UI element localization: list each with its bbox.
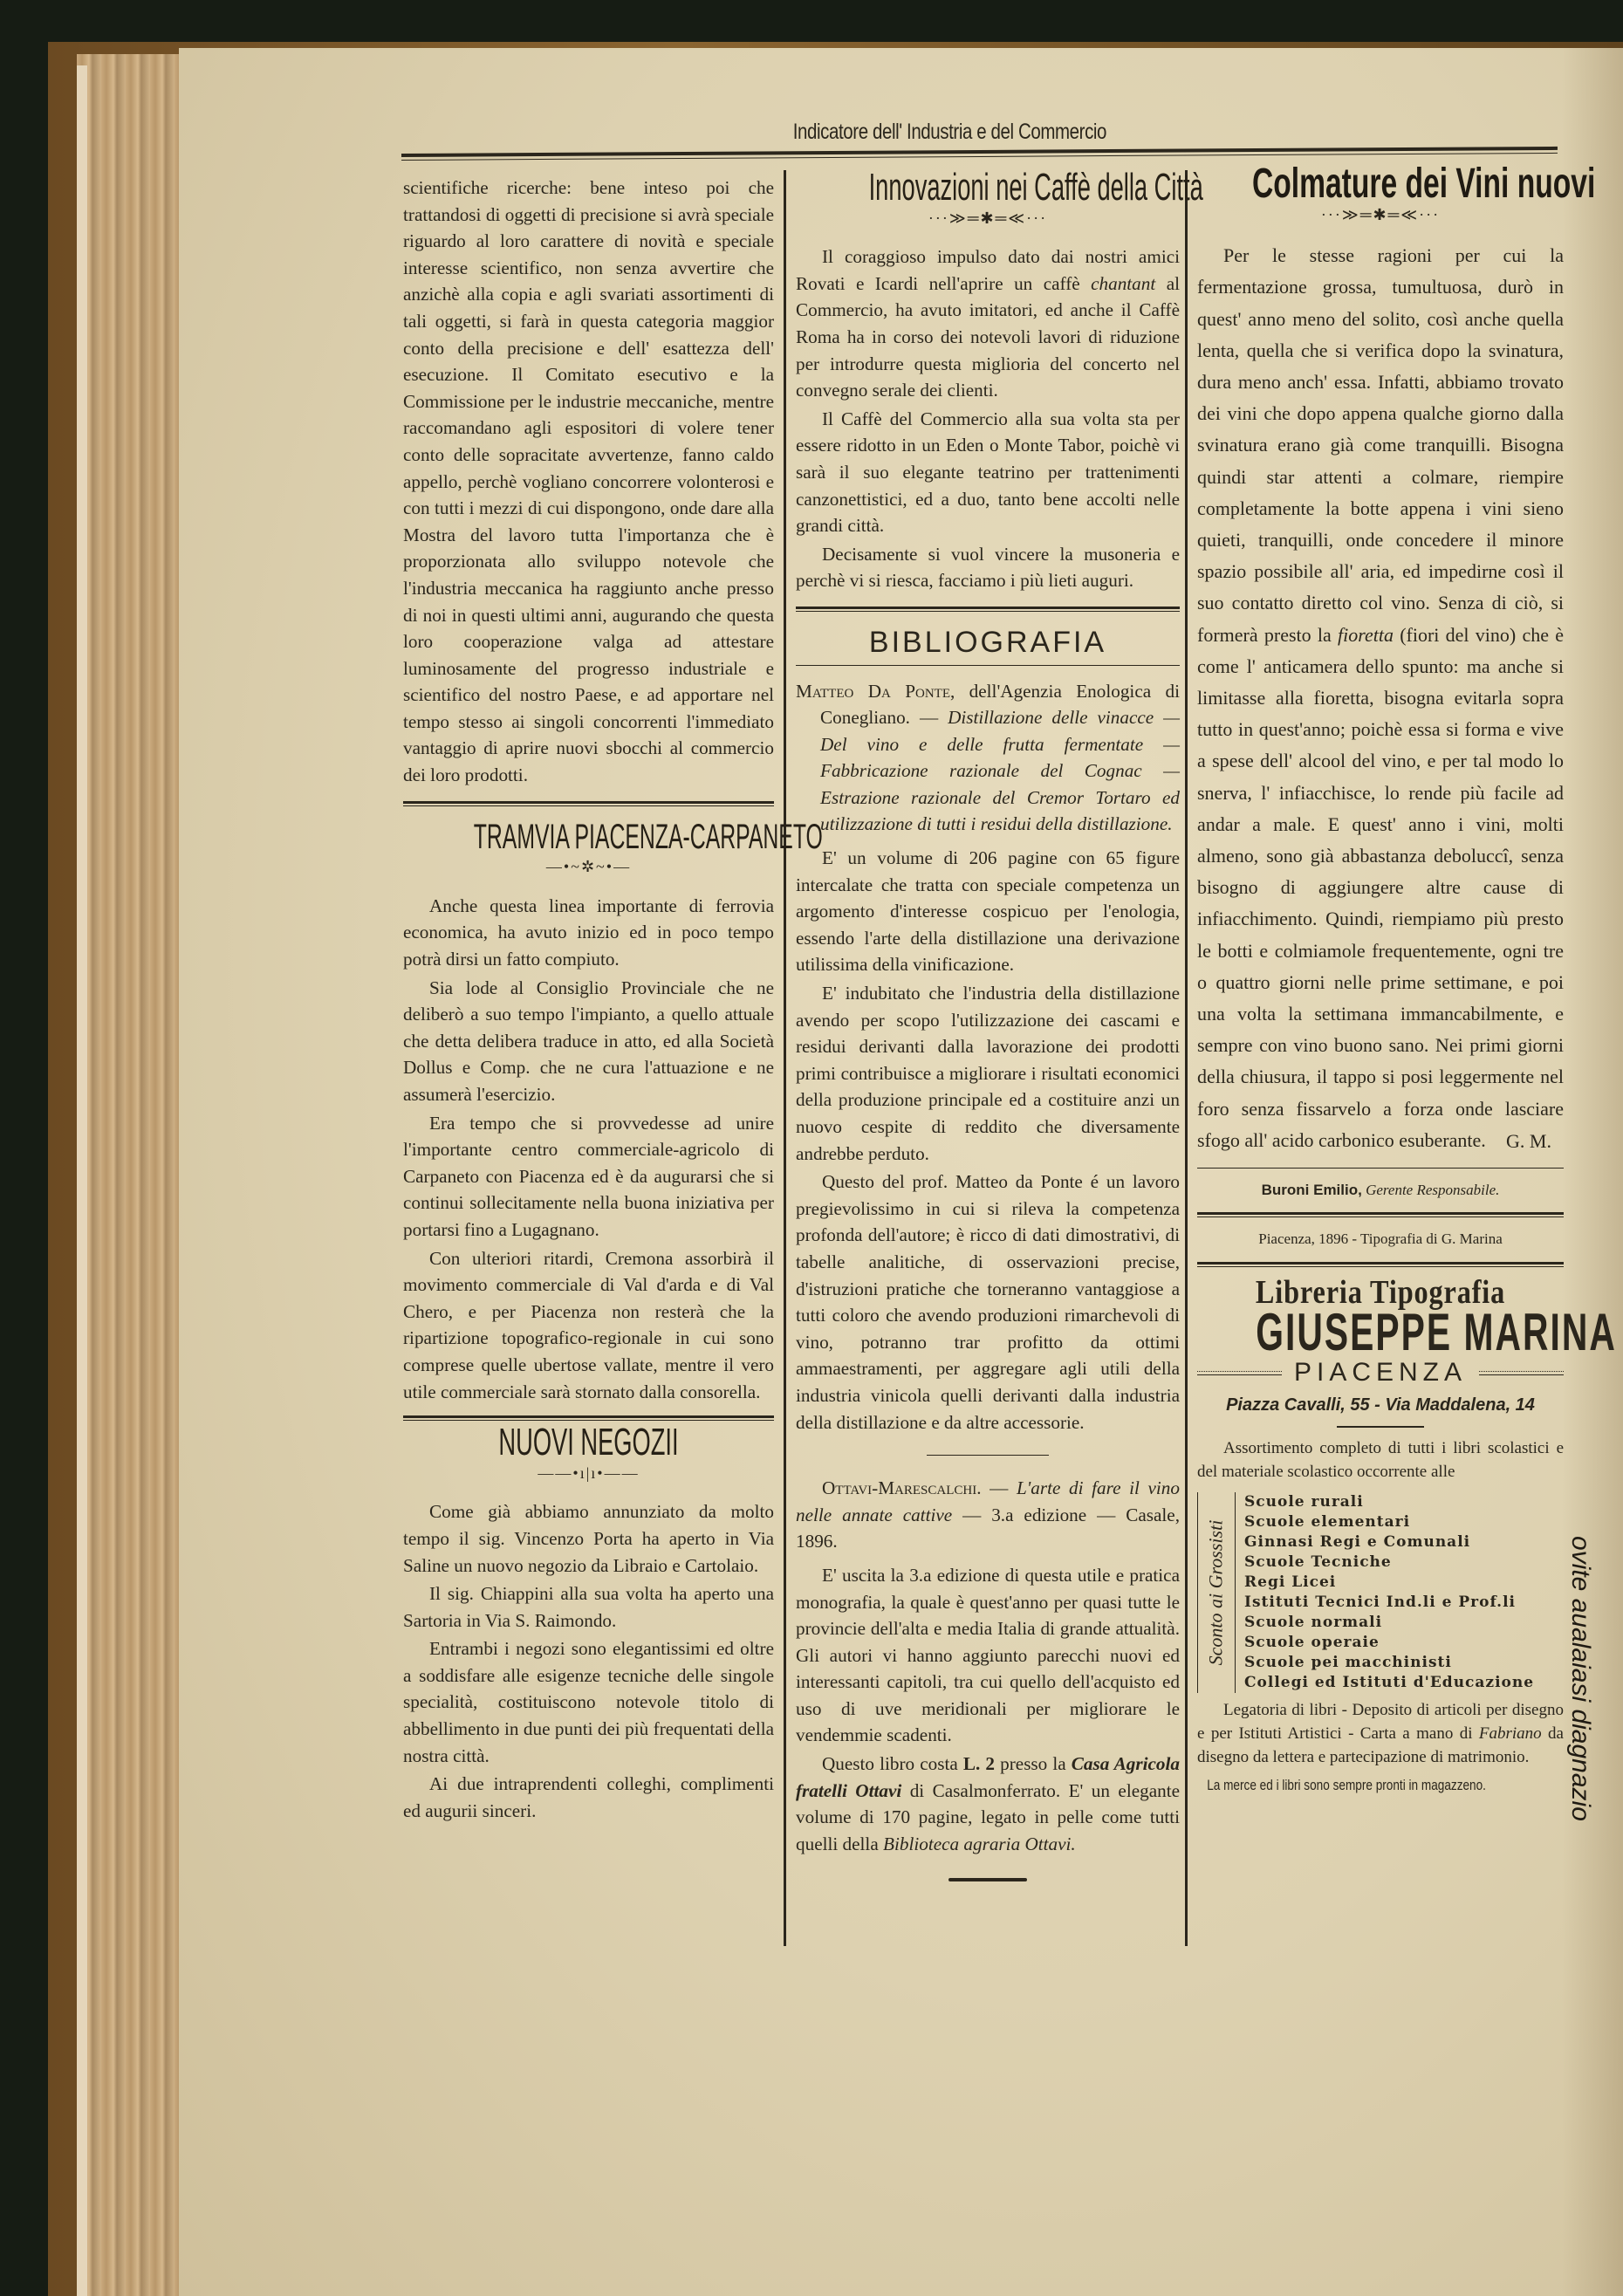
school-item: Scuole operaie [1244,1633,1534,1653]
ad-footer-note: La merce ed i libri sono sempre pronti i… [1197,1772,1490,1799]
section-rule [403,801,774,806]
paragraph: Era tempo che si provvedesse ad unire l'… [403,1110,774,1244]
adjacent-page-text: ovite aualaiasi diagnazio [1565,1536,1595,1821]
school-item: Collegi ed Istituti d'Educazione [1244,1673,1534,1693]
article-caffe: Innovazioni nei Caffè della Città ···≫═✱… [796,175,1180,594]
paragraph: E' un volume di 206 pagine con 65 figure… [796,845,1180,978]
ornament-divider-icon: ···≫═✱═≪··· [796,205,1180,232]
ad-address: Piazza Cavalli, 55 - Via Maddalena, 14 [1197,1392,1564,1419]
article-tramvia: TRAMVIA PIACENZA-CARPANETO —•~✲~•— Anche… [403,824,774,1405]
author: Matteo Da Ponte, [796,681,955,702]
paragraph: Il Caffè del Commercio alla sua volta st… [796,406,1180,539]
column-divider [1185,170,1188,1946]
section-title: BIBLIOGRAFIA [796,629,1180,656]
paragraph: Il coraggioso impulso dato dai nostri am… [796,243,1180,404]
school-item: Scuole pei macchinisti [1244,1653,1534,1673]
bibliography-entry: Ottavi-Marescalchi. — L'arte di fare il … [796,1475,1180,1555]
paragraph: Ai due intraprendenti colleghi, complime… [403,1771,774,1824]
article-continuation: scientifiche ricerche: bene inteso poi c… [403,175,774,789]
school-item: Regi Licei [1244,1573,1534,1593]
school-item: Ginnasi Regi e Comunali [1244,1532,1534,1552]
running-head: Indicatore dell' Industria e del Commerc… [792,120,1107,145]
article-negozi: NUOVI NEGOZII ——•ı|ı•—— Come già abbiamo… [403,1429,774,1824]
school-item: Scuole normali [1244,1613,1534,1633]
paragraph: Come già abbiamo annunziato da molto tem… [403,1498,774,1579]
ad-intro: Assortimento completo di tutti i libri s… [1197,1436,1564,1484]
page-edge-strip [77,65,87,2296]
paragraph: Con ulteriori ritardi, Cremona assorbirà… [403,1245,774,1406]
article-title: NUOVI NEGOZII [474,1429,704,1456]
ad-business-name: GIUSEPPE MARINA [1256,1306,1505,1360]
paragraph: Per le stesse ragioni per cui la ferment… [1197,240,1564,1156]
paragraph: Anche questa linea importante di ferrovi… [403,893,774,973]
end-ornament-icon [948,1878,1027,1881]
column-divider [784,170,786,1946]
school-list-box: Sconto ai Grossisti Scuole rurali Scuole… [1197,1492,1564,1693]
gerente-line: Buroni Emilio, Gerente Responsabile. [1197,1177,1564,1204]
column-2: Innovazioni nei Caffè della Città ···≫═✱… [796,175,1180,1881]
paragraph: Questo del prof. Matteo da Ponte é un la… [796,1169,1180,1436]
paragraph: Entrambi i negozi sono elegantissimi ed … [403,1635,774,1769]
paragraph: E' uscita la 3.a edizione di questa util… [796,1562,1180,1749]
paragraph: Sia lode al Consiglio Provinciale che ne… [403,975,774,1108]
article-title: Colmature dei Vini nuovi [1252,171,1509,198]
column-3: Colmature dei Vini nuovi ···≫═✱═≪··· Per… [1197,175,1564,1799]
price: L. 2 [963,1753,995,1774]
bibliography-entry: Matteo Da Ponte, dell'Agenzia Enologica … [796,678,1180,839]
paragraph: E' indubitato che l'industria della dist… [796,980,1180,1167]
discount-label: Sconto ai Grossisti [1203,1519,1230,1665]
article-title: TRAMVIA PIACENZA-CARPANETO [474,824,704,851]
school-item: Scuole rurali [1244,1492,1534,1512]
ad-city: PIACENZA [1197,1360,1564,1387]
advertisement: Libreria Tipografia GIUSEPPE MARINA PIAC… [1197,1279,1564,1799]
section-rule [796,607,1180,612]
school-item: Istituti Tecnici Ind.li e Prof.li [1244,1593,1534,1613]
ad-heading: Libreria Tipografia [1225,1279,1537,1306]
article-vini: Colmature dei Vini nuovi ···≫═✱═≪··· Per… [1197,171,1564,1155]
ad-services: Legatoria di libri - Deposito di articol… [1197,1698,1564,1769]
paragraph: Il sig. Chiappini alla sua volta ha aper… [403,1580,774,1634]
article-title: Innovazioni nei Caffè della Città [869,175,1107,202]
ornament-divider-icon: —•~✲~•— [403,853,774,881]
school-list: Scuole rurali Scuole elementari Ginnasi … [1236,1492,1534,1693]
imprint: Piacenza, 1896 - Tipografia di G. Marina [1197,1226,1564,1253]
entry-separator [927,1455,1049,1456]
section-bibliografia: BIBLIOGRAFIA Matteo Da Ponte, dell'Agenz… [796,629,1180,1882]
column-1: scientifiche ricerche: bene inteso poi c… [403,175,774,1826]
paragraph: Questo libro costa L. 2 presso la Casa A… [796,1751,1180,1857]
school-item: Scuole Tecniche [1244,1552,1534,1573]
school-item: Scuole elementari [1244,1512,1534,1532]
paragraph: Decisamente si vuol vincere la musoneria… [796,541,1180,594]
author: Ottavi-Marescalchi. [822,1477,982,1498]
ornament-divider-icon: ——•ı|ı•—— [403,1460,774,1487]
